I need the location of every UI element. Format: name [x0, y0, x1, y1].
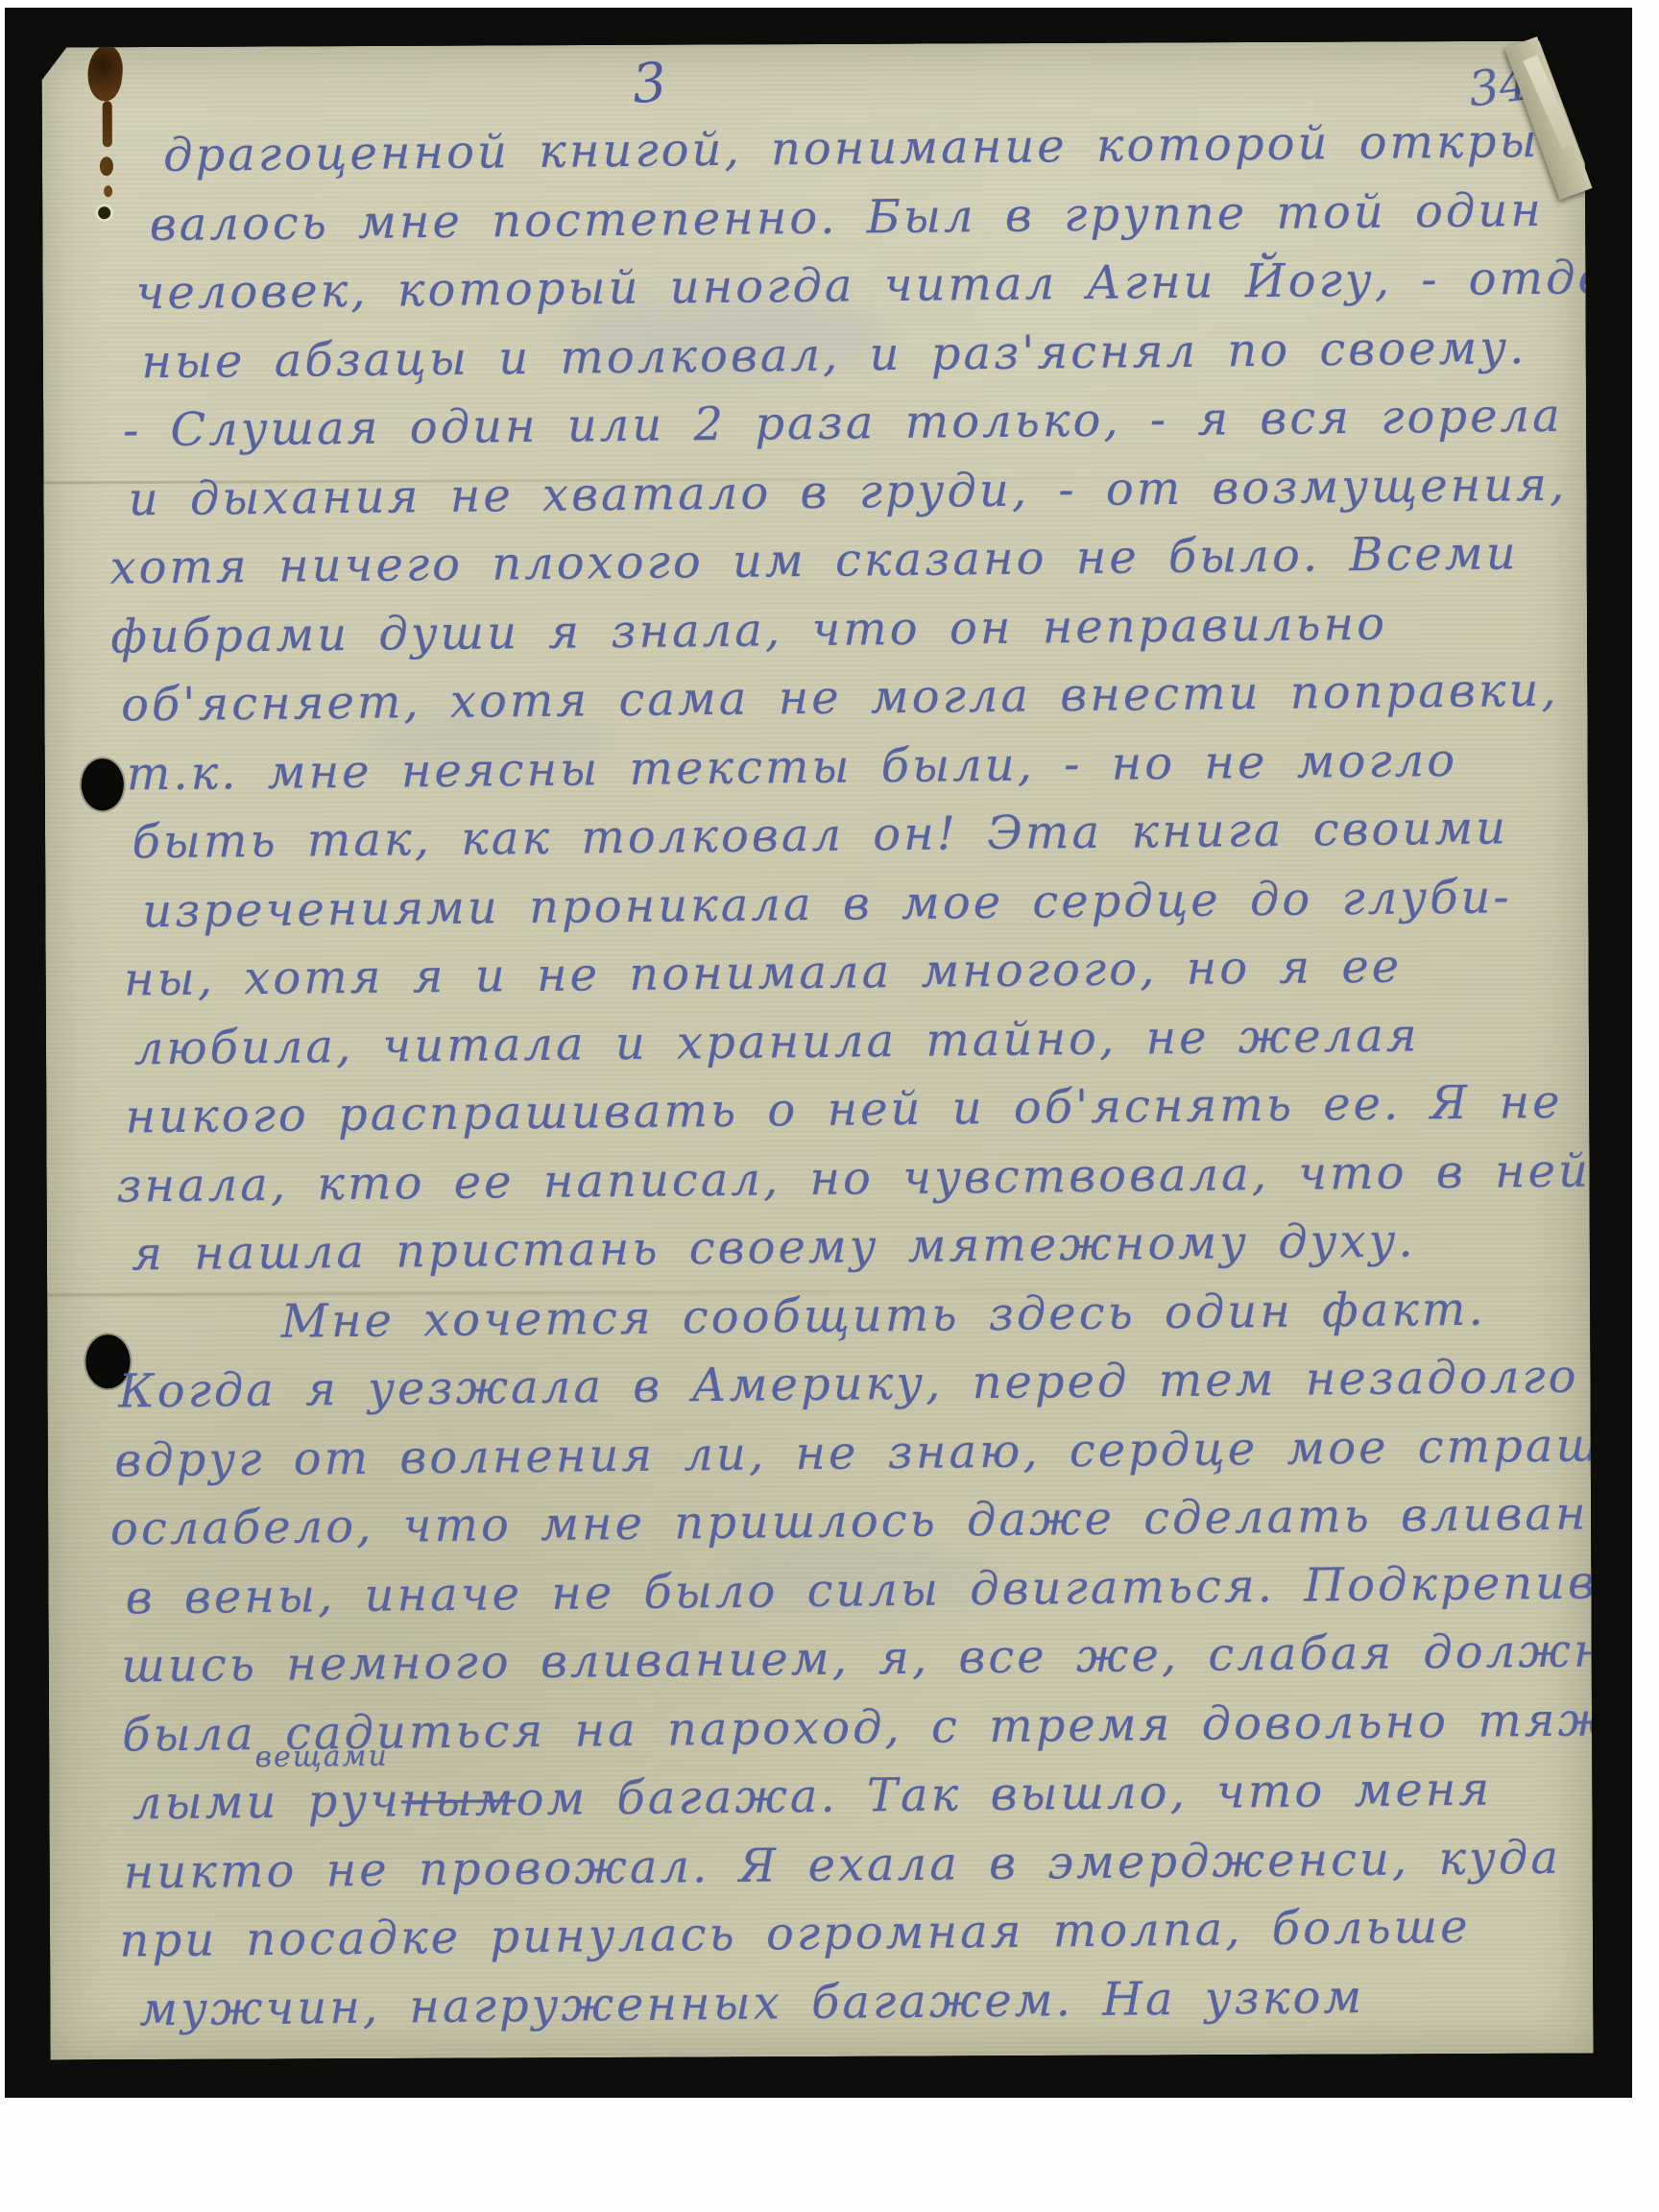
paper-sheet: 3 34 драгоценной книгой, понимание котор…	[41, 41, 1593, 2060]
text-line: мужчин, нагруженных багажем. На узком	[56, 1960, 1574, 2045]
page-number: 3	[630, 51, 669, 116]
stain-blob	[85, 44, 126, 103]
struck-text: ным	[401, 1772, 517, 1827]
handwritten-lines: драгоценной книгой, понимание которой от…	[36, 108, 1574, 2045]
scan-background: 3 34 драгоценной книгой, понимание котор…	[5, 8, 1632, 2098]
inserted-correction-word: вещами	[254, 1743, 389, 1772]
text-segment: лыми руч	[132, 1774, 402, 1831]
text-segment: ом багажа. Так вышло, что меня	[516, 1763, 1492, 1827]
